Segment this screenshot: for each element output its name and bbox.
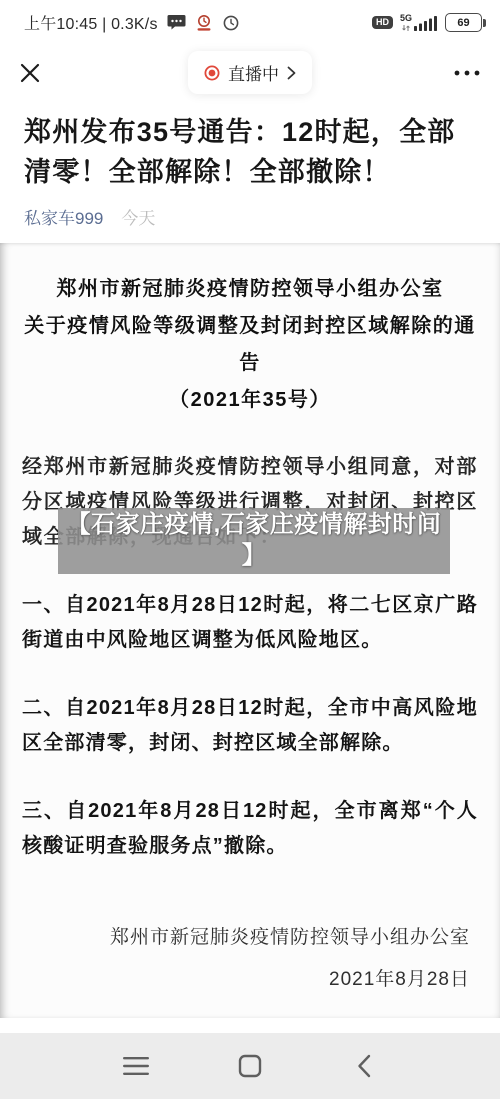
hd-volte-icon: HD: [372, 16, 393, 29]
watermark-overlay: 【石家庄疫情,石家庄疫情解封时间 】: [58, 508, 450, 574]
alarm-clock-icon: [195, 14, 213, 32]
signal-icon: 5G: [400, 14, 438, 32]
notice-item-2: 二、自2021年8月28日12时起，全市中高风险地区全部清零，封闭、封控区域全部…: [22, 691, 478, 761]
home-button[interactable]: [236, 1052, 264, 1080]
android-nav-bar: [0, 1033, 500, 1099]
bottom-spacer: [0, 1018, 500, 1033]
live-dot-icon: [204, 65, 220, 81]
recent-apps-button[interactable]: [122, 1052, 150, 1080]
menu-icon: [123, 1056, 149, 1076]
back-button[interactable]: [350, 1052, 378, 1080]
status-bar: 上午10:45 | 0.3K/s HD 5G 69: [0, 0, 500, 45]
signature-date: 2021年8月28日: [22, 968, 470, 992]
watermark-text-line2: 】: [60, 540, 448, 571]
watermark-text-line1: 【石家庄疫情,石家庄疫情解封时间: [60, 509, 448, 540]
battery-nub: [483, 19, 486, 27]
live-label: 直播中: [228, 60, 279, 85]
close-button[interactable]: [16, 59, 44, 87]
battery-level: 69: [457, 17, 469, 29]
clock-icon: [222, 14, 240, 32]
phone-screen: 上午10:45 | 0.3K/s HD 5G 69: [0, 0, 500, 1111]
close-icon: [19, 62, 41, 84]
network-type-label: 5G: [400, 14, 412, 23]
data-arrows-icon: [401, 24, 411, 32]
author-link[interactable]: 私家车999: [24, 204, 103, 229]
notice-item-1: 一、自2021年8月28日12时起，将二七区京广路街道由中风险地区调整为低风险地…: [22, 588, 478, 658]
battery-icon: 69: [445, 13, 482, 32]
more-options-button[interactable]: [452, 61, 482, 85]
notice-signature: 郑州市新冠肺炎疫情防控领导小组办公室 2021年8月28日: [22, 926, 478, 992]
signal-bars-icon: [414, 15, 438, 32]
chevron-left-icon: [357, 1054, 371, 1078]
notice-item-3: 三、自2021年8月28日12时起，全市离郑“个人核酸证明查验服务点”撤除。: [22, 794, 478, 864]
more-dots-icon: [454, 70, 480, 76]
notice-image: 郑州市新冠肺炎疫情防控领导小组办公室 关于疫情风险等级调整及封闭封控区域解除的通…: [0, 243, 500, 1018]
notice-org-line: 郑州市新冠肺炎疫情防控领导小组办公室: [22, 271, 478, 308]
notice-subject-line: 关于疫情风险等级调整及封闭封控区域解除的通告: [22, 308, 478, 382]
live-stream-button[interactable]: 直播中: [188, 51, 312, 94]
home-icon: [238, 1054, 262, 1078]
publish-date: 今天: [121, 204, 155, 229]
signature-org: 郑州市新冠肺炎疫情防控领导小组办公室: [22, 926, 470, 950]
nav-bar: 直播中: [0, 45, 500, 100]
author-row: 私家车999 今天: [24, 204, 476, 228]
notice-doc-number: （2021年35号）: [22, 382, 478, 419]
article-header: 郑州发布35号通告：12时起，全部清零！全部解除！全部撤除！: [0, 100, 500, 192]
article-title: 郑州发布35号通告：12时起，全部清零！全部解除！全部撤除！: [24, 112, 476, 192]
sms-icon: [167, 14, 186, 31]
status-time-and-speed: 上午10:45 | 0.3K/s: [24, 11, 158, 34]
chevron-right-icon: [287, 66, 296, 80]
